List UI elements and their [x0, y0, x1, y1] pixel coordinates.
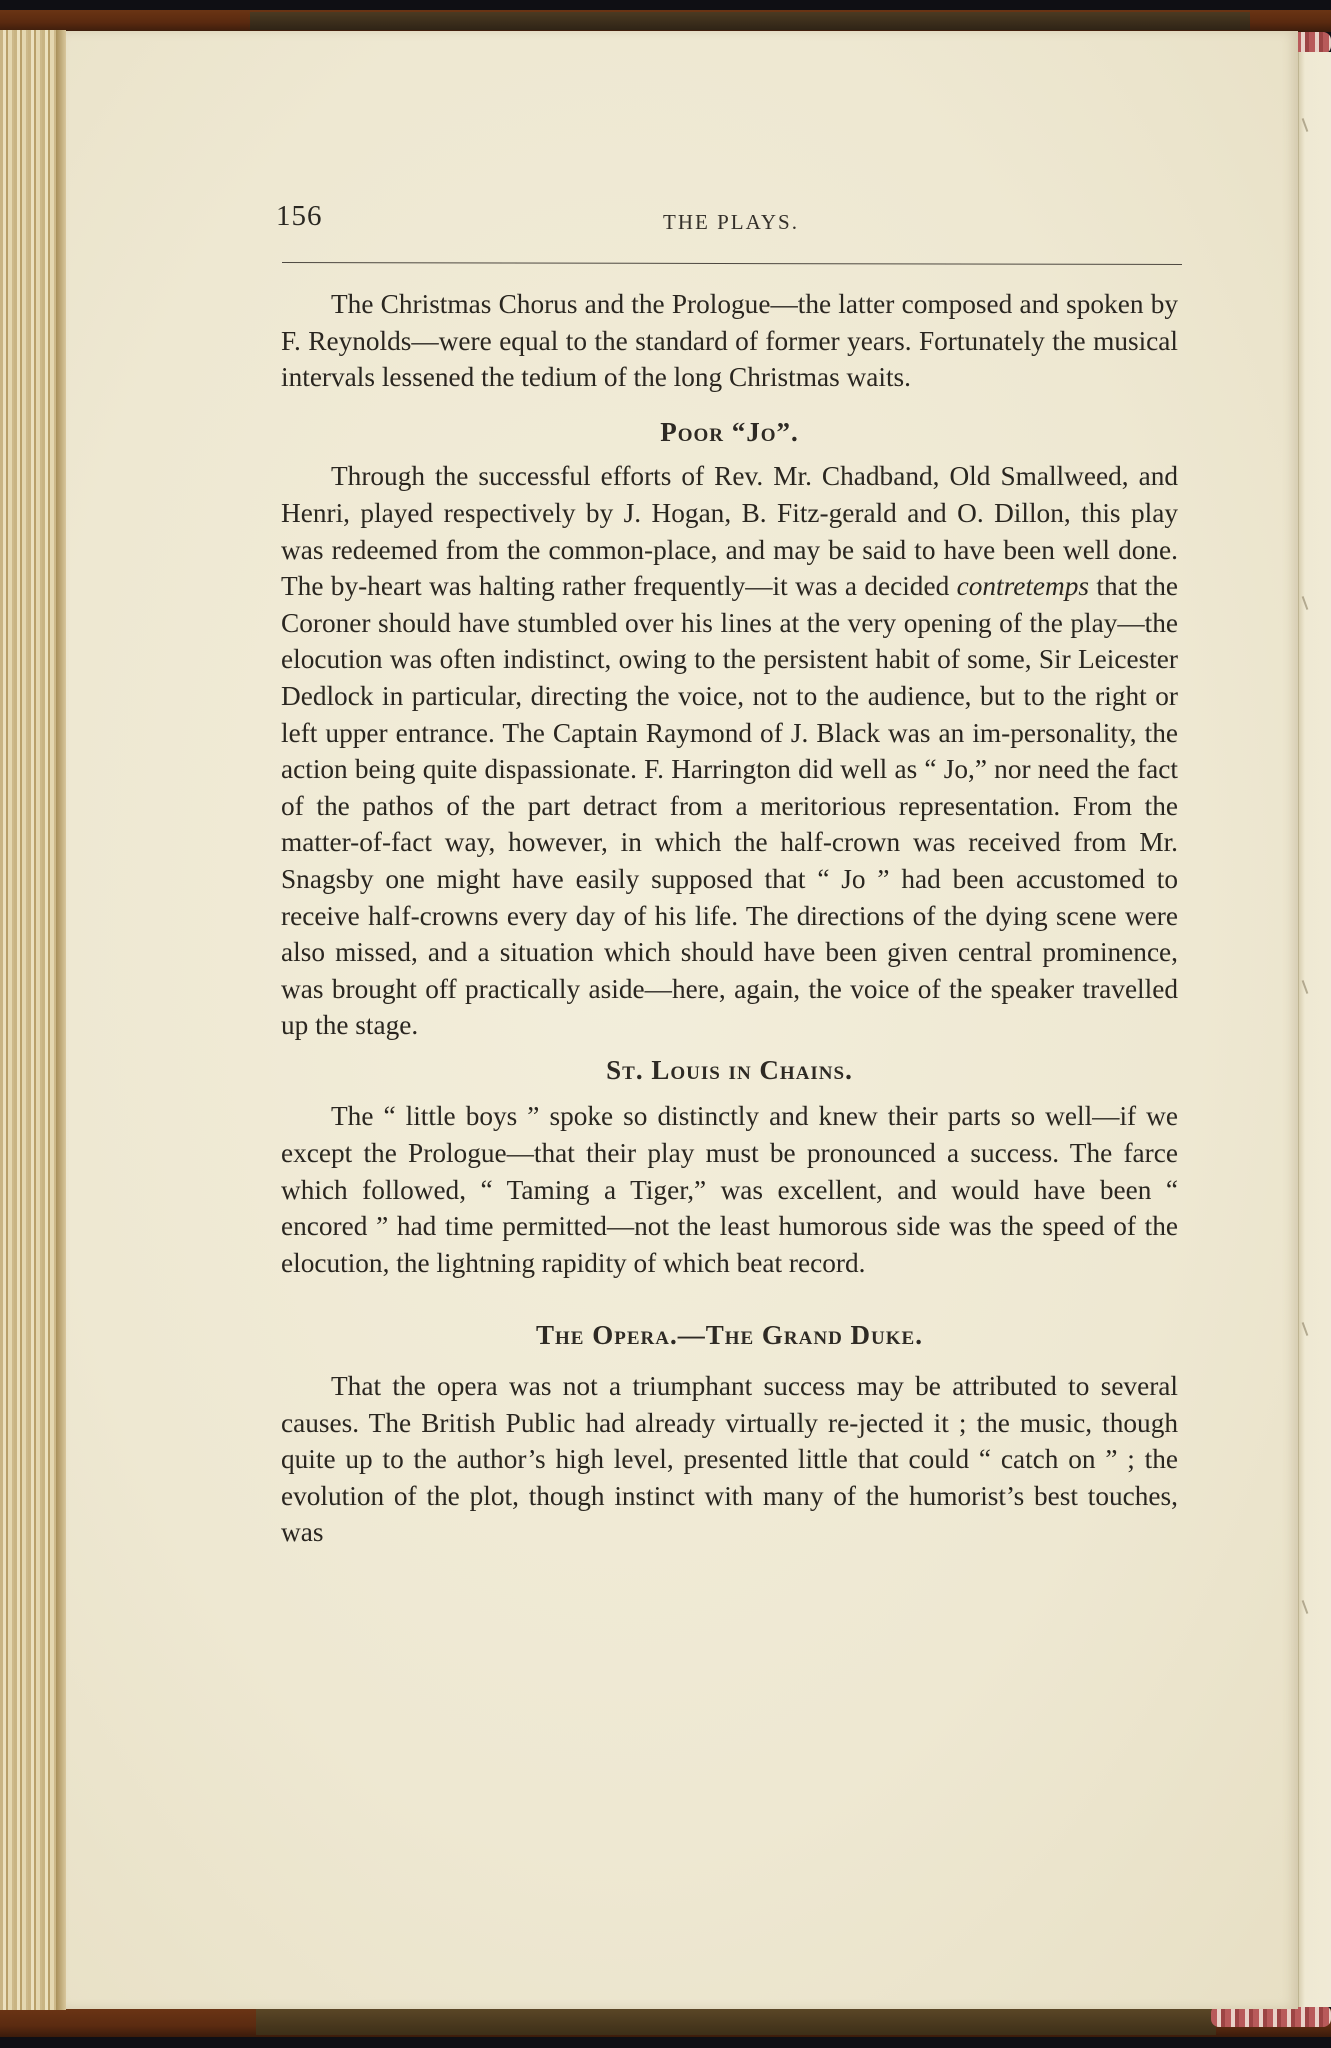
running-head: 156 THE PLAYS.	[276, 196, 1186, 236]
poor-jo-paragraph: Through the successful efforts of Rev. M…	[281, 458, 1178, 1044]
running-title: THE PLAYS.	[276, 210, 1186, 235]
opera-paragraph: That the opera was not a triumphant succ…	[281, 1368, 1178, 1551]
intro-paragraph: The Christmas Chorus and the Prologue—th…	[281, 286, 1178, 396]
section-title-opera: The Opera.—The Grand Duke.	[281, 1317, 1178, 1354]
page-body: The Christmas Chorus and the Prologue—th…	[281, 286, 1178, 1551]
facing-page-edge	[1298, 52, 1331, 2007]
text-run: that the Coroner should have stumbled ov…	[281, 571, 1178, 1040]
page-stack-shadow	[56, 30, 66, 2010]
book-cover-gilt-edge	[250, 12, 1250, 30]
section-title-poor-jo: Poor “Jo”.	[281, 414, 1178, 451]
italic-term: contretemps	[957, 571, 1089, 601]
section-title-st-louis: St. Louis in Chains.	[281, 1052, 1178, 1089]
st-louis-paragraph: The “ little boys ” spoke so distinctly …	[281, 1098, 1178, 1281]
book-cover-gilt-edge-bottom	[256, 2009, 1216, 2035]
